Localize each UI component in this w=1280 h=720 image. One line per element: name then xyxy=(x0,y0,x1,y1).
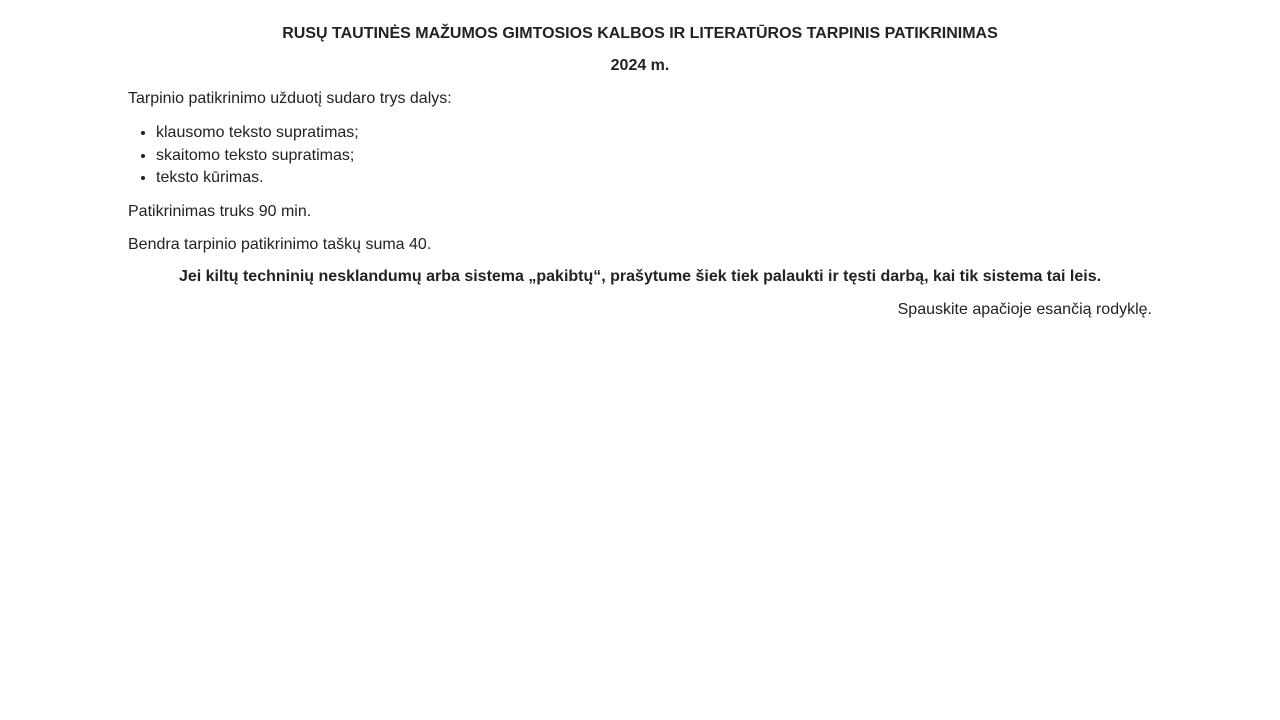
technical-notice: Jei kiltų techninių nesklandumų arba sis… xyxy=(128,268,1152,286)
parts-list: klausomo teksto supratimas; skaitomo tek… xyxy=(128,122,359,190)
list-item: klausomo teksto supratimas; xyxy=(156,122,359,145)
instruction-text: Spauskite apačioje esančią rodyklę. xyxy=(128,301,1152,319)
intro-text: Tarpinio patikrinimo užduotį sudaro trys… xyxy=(128,90,452,108)
list-item: skaitomo teksto supratimas; xyxy=(156,145,359,168)
duration-text: Patikrinimas truks 90 min. xyxy=(128,203,311,221)
year-heading: 2024 m. xyxy=(128,57,1152,75)
points-text: Bendra tarpinio patikrinimo taškų suma 4… xyxy=(128,236,431,254)
page-title: RUSŲ TAUTINĖS MAŽUMOS GIMTOSIOS KALBOS I… xyxy=(128,25,1152,43)
list-item: teksto kūrimas. xyxy=(156,167,359,190)
